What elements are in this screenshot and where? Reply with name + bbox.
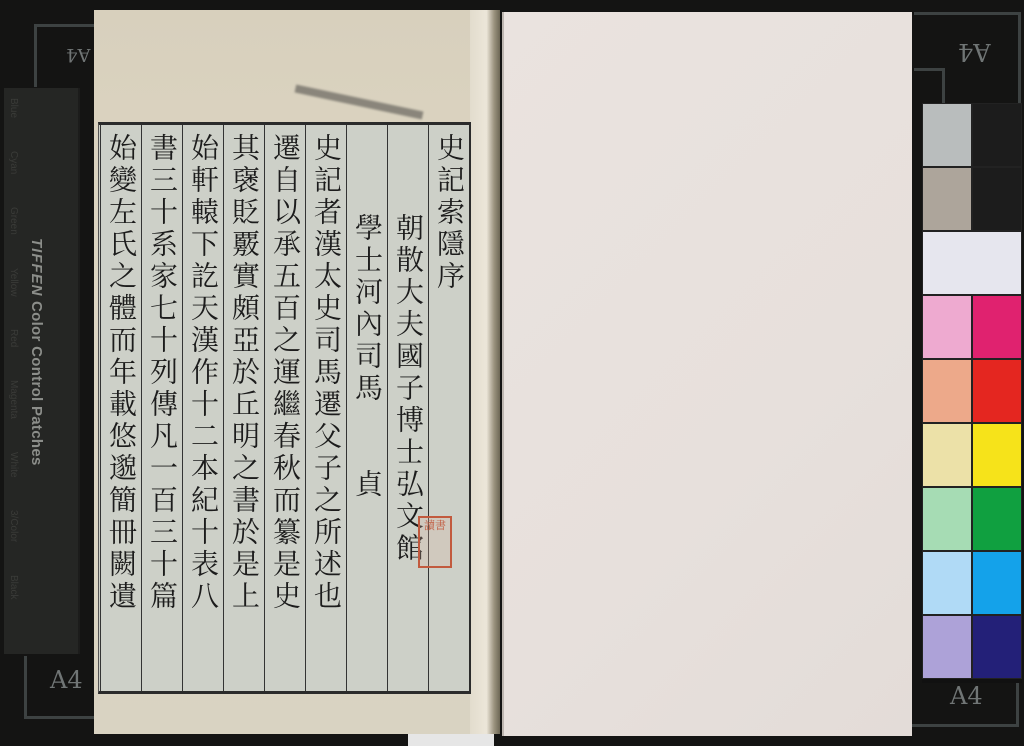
- text-column: 遷自以承五百之運繼春秋而纂是史: [264, 125, 304, 691]
- a4-label-top-right: A4: [958, 38, 991, 66]
- title-column: 史記索隱序: [428, 125, 468, 691]
- column-text: 其襃貶覈實頗亞於丘明之書於是上: [226, 133, 262, 613]
- patch-name: Yellow: [8, 268, 19, 297]
- color-patch-left: [922, 615, 972, 679]
- seal-text: 讀書: [424, 519, 446, 532]
- column-text: 始軒轅下訖天漢作十二本紀十表八: [185, 133, 221, 613]
- color-patch-left: [922, 423, 972, 487]
- tiffen-brand-logo: TIFFEN: [28, 238, 45, 297]
- color-patch-left: [922, 551, 972, 615]
- bottom-card-edge: [408, 734, 494, 746]
- a4-label-top-left: A4: [66, 44, 90, 65]
- color-patch-right: [972, 487, 1022, 551]
- patch-name: Blue: [8, 98, 19, 118]
- printed-text-block: 史記索隱序朝散大夫國子博士弘文館學士河內司馬 貞史記者漢太史司馬遷父子之所述也遷…: [98, 122, 471, 694]
- patch-name: Magenta: [8, 380, 19, 419]
- tiffen-title: TIFFEN Color Control Patches: [28, 238, 45, 466]
- color-patch-right: [972, 423, 1022, 487]
- color-control-chart: [922, 103, 1022, 683]
- a4-label-bottom-left: A4: [50, 666, 83, 694]
- patch-name: Cyan: [8, 151, 19, 174]
- color-patch-left: [922, 487, 972, 551]
- column-text: 遷自以承五百之運繼春秋而纂是史: [267, 133, 303, 613]
- column-text: 始變左氏之體而年載悠邈簡冊闕遺: [103, 133, 139, 613]
- color-patch-left: [922, 167, 972, 231]
- color-patch-right: [972, 167, 1022, 231]
- tiffen-patch-names: Blue Cyan Green Yellow Red Magenta White…: [8, 98, 19, 630]
- column-text: 史記者漢太史司馬遷父子之所述也: [308, 133, 344, 613]
- text-column: 始軒轅下訖天漢作十二本紀十表八: [182, 125, 222, 691]
- color-patch-right: [972, 103, 1022, 167]
- color-patch-right: [972, 615, 1022, 679]
- color-patch-right: [972, 359, 1022, 423]
- patch-name: Red: [8, 329, 19, 347]
- column-text: 書三十系家七十列傳凡一百三十篇: [144, 133, 180, 613]
- color-patch-right: [972, 551, 1022, 615]
- column-text: 史記索隱序: [431, 133, 467, 293]
- text-column: 朝散大夫國子博士弘文館: [387, 125, 427, 691]
- color-patch-white: [922, 231, 1022, 295]
- red-seal-stamp: 讀書: [418, 516, 452, 568]
- patch-name: Green: [8, 207, 19, 235]
- patch-name: 3/Color: [8, 510, 19, 542]
- book-right-page-blank: [502, 12, 912, 736]
- tiffen-color-strip: Blue Cyan Green Yellow Red Magenta White…: [4, 88, 80, 654]
- text-column: 書三十系家七十列傳凡一百三十篇: [141, 125, 181, 691]
- color-patch-left: [922, 103, 972, 167]
- a4-guide-frame-top-right-inner: [914, 68, 945, 105]
- color-patch-left: [922, 295, 972, 359]
- a4-label-bottom-right: A4: [950, 682, 983, 710]
- patch-name: Black: [8, 575, 19, 599]
- text-column: 始變左氏之體而年載悠邈簡冊闕遺: [100, 125, 140, 691]
- ink-smudge: [295, 85, 424, 120]
- tiffen-product-name: Color Control Patches: [28, 301, 45, 466]
- text-column: 史記者漢太史司馬遷父子之所述也: [305, 125, 345, 691]
- patch-name: White: [8, 452, 19, 478]
- color-patch-right: [972, 295, 1022, 359]
- column-text: 朝散大夫國子博士弘文館: [390, 213, 426, 565]
- text-column: 學士河內司馬 貞: [346, 125, 386, 691]
- column-text: 學士河內司馬 貞: [349, 213, 385, 501]
- color-patch-left: [922, 359, 972, 423]
- text-column: 其襃貶覈實頗亞於丘明之書於是上: [223, 125, 263, 691]
- book-gutter: [470, 10, 500, 734]
